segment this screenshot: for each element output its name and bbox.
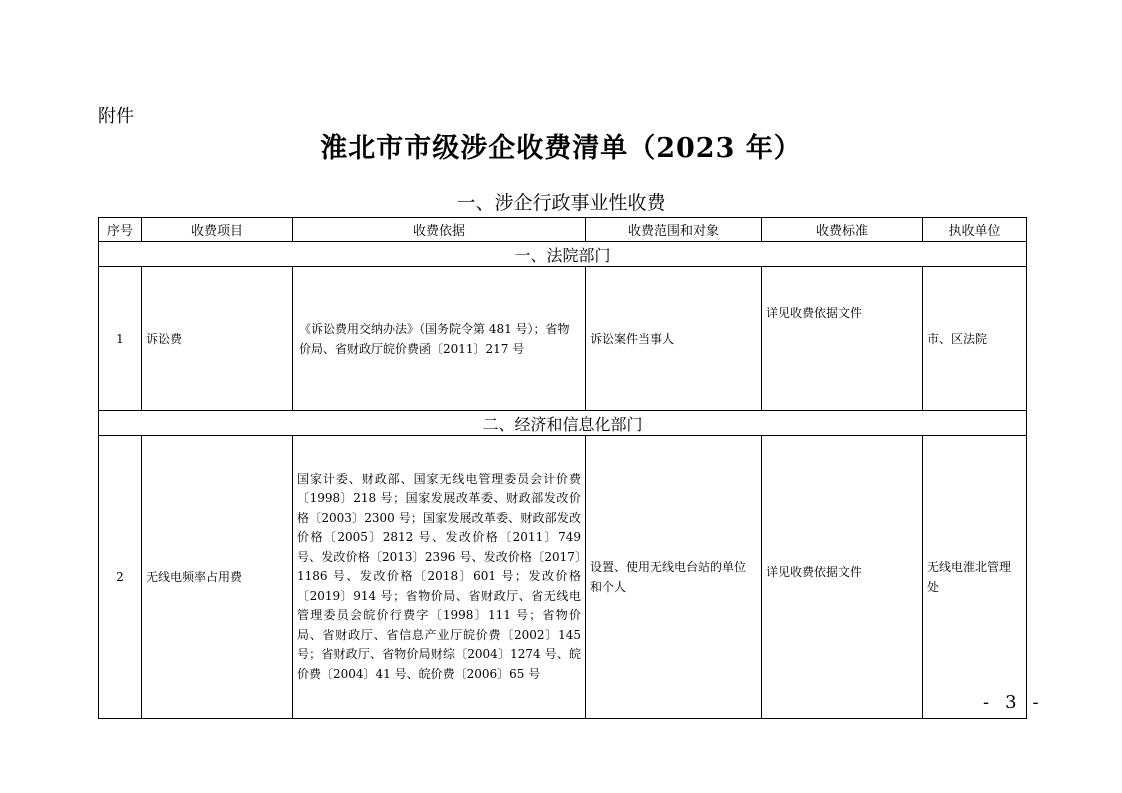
- header-basis: 收费依据: [293, 218, 586, 242]
- header-standard: 收费标准: [762, 218, 923, 242]
- table-row: 2 无线电频率占用费 国家计委、财政部、国家无线电管理委员会计价费〔1998〕2…: [99, 436, 1027, 719]
- header-scope: 收费范围和对象: [586, 218, 762, 242]
- group-row: 一、法院部门: [99, 242, 1027, 267]
- header-item: 收费项目: [142, 218, 293, 242]
- cell-item: 无线电频率占用费: [142, 436, 293, 719]
- group-row: 二、经济和信息化部门: [99, 411, 1027, 436]
- page-number-value: 3: [1005, 692, 1016, 713]
- header-no: 序号: [99, 218, 142, 242]
- cell-unit: 无线电淮北管理处: [923, 436, 1027, 719]
- cell-scope: 设置、使用无线电台站的单位和个人: [586, 436, 762, 719]
- group-title: 二、经济和信息化部门: [99, 411, 1027, 436]
- cell-item: 诉讼费: [142, 267, 293, 411]
- cell-no: 2: [99, 436, 142, 719]
- cell-basis: 《诉讼费用交纳办法》（国务院令第 481 号）；省物价局、省财政厅皖价费函〔20…: [293, 267, 586, 411]
- group-title: 一、法院部门: [99, 242, 1027, 267]
- attachment-label: 附件: [98, 102, 134, 128]
- table-header-row: 序号 收费项目 收费依据 收费范围和对象 收费标准 执收单位: [99, 218, 1027, 242]
- header-unit: 执收单位: [923, 218, 1027, 242]
- table-row: 1 诉讼费 《诉讼费用交纳办法》（国务院令第 481 号）；省物价局、省财政厅皖…: [99, 267, 1027, 411]
- cell-no: 1: [99, 267, 142, 411]
- page-dash-left: -: [983, 692, 989, 713]
- page-number: -3-: [975, 692, 1047, 713]
- cell-scope: 诉讼案件当事人: [586, 267, 762, 411]
- section-title: 一、涉企行政事业性收费: [0, 188, 1122, 215]
- cell-unit: 市、区法院: [923, 267, 1027, 411]
- cell-standard: 详见收费依据文件: [762, 267, 923, 411]
- cell-basis: 国家计委、财政部、国家无线电管理委员会计价费〔1998〕218 号；国家发展改革…: [293, 436, 586, 719]
- cell-standard: 详见收费依据文件: [762, 436, 923, 719]
- page-dash-right: -: [1033, 692, 1039, 713]
- fee-table: 序号 收费项目 收费依据 收费范围和对象 收费标准 执收单位 一、法院部门 1 …: [98, 217, 1027, 719]
- document-title: 淮北市市级涉企收费清单（2023 年）: [0, 126, 1122, 165]
